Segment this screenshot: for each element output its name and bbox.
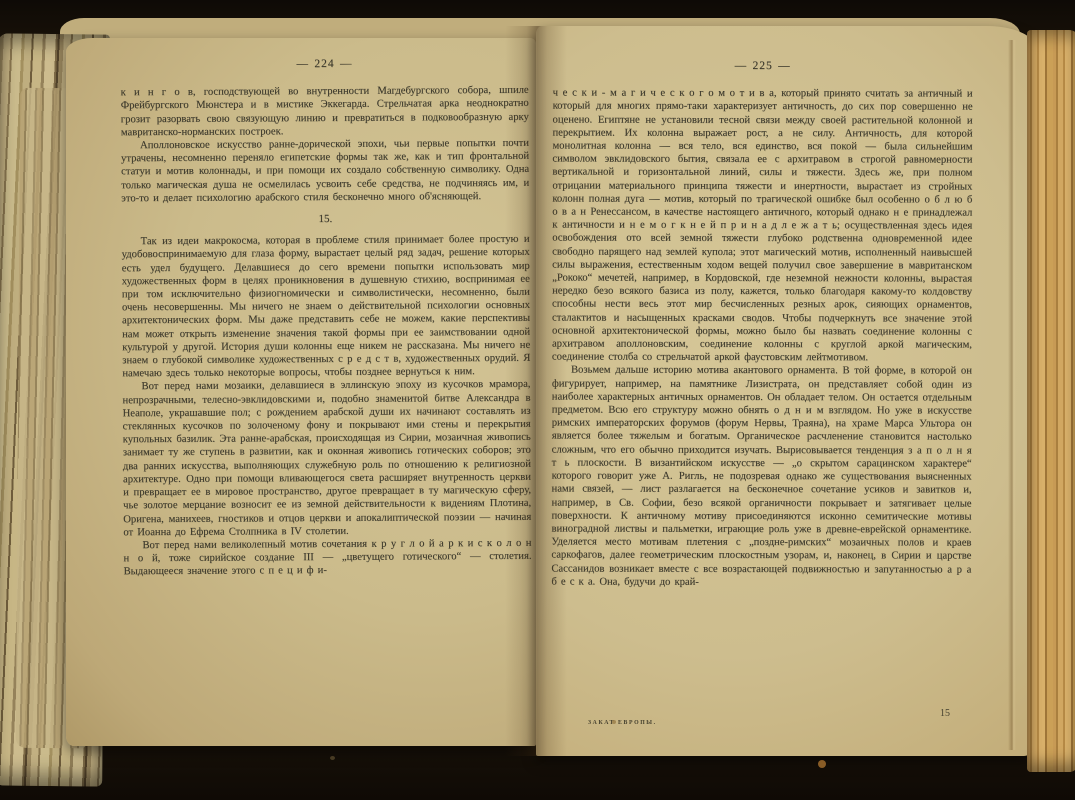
paragraph: ч е с к и - м а г и ч е с к о г о м о т … [552,87,973,365]
page-left-text-column: — 224 — к и н г о в, господствующей во в… [120,57,531,579]
open-book-photo: — 224 — к и н г о в, господствующей во в… [0,0,1075,800]
paper-stain [612,720,616,724]
page-right: — 225 — ч е с к и - м а г и ч е с к о г … [536,26,1034,756]
paragraph: Возьмем дальше историю мотива акантового… [551,364,972,590]
paragraph: Так из идеи макрокосма, которая в пробле… [121,233,530,381]
paper-stain [330,756,335,760]
page-number-left: — 224 — [120,57,528,73]
paragraph: к и н г о в, господствующей во внутренно… [121,84,529,139]
section-heading: 15. [121,212,529,228]
page-edges-right [1027,30,1075,772]
running-title: ЗАКАТ ЕВРОПЫ. [588,720,657,726]
paragraph: Вот перед нами великолепный мотив сочета… [123,537,531,579]
page-left: — 224 — к и н г о в, господствующей во в… [66,38,536,746]
page-number-right: — 225 — [553,59,973,73]
page-right-text-column: — 225 — ч е с к и - м а г и ч е с к о г … [551,59,972,589]
paragraph: Вот перед нами мозаики, делавшиеся в элл… [122,378,531,539]
page-crease [1008,40,1016,750]
book-gutter-shadow [505,26,567,756]
paragraph: Аполлоновское искусство ранне-дорической… [121,137,529,206]
paper-stain [818,760,826,768]
signature-number: 15 [940,708,950,719]
